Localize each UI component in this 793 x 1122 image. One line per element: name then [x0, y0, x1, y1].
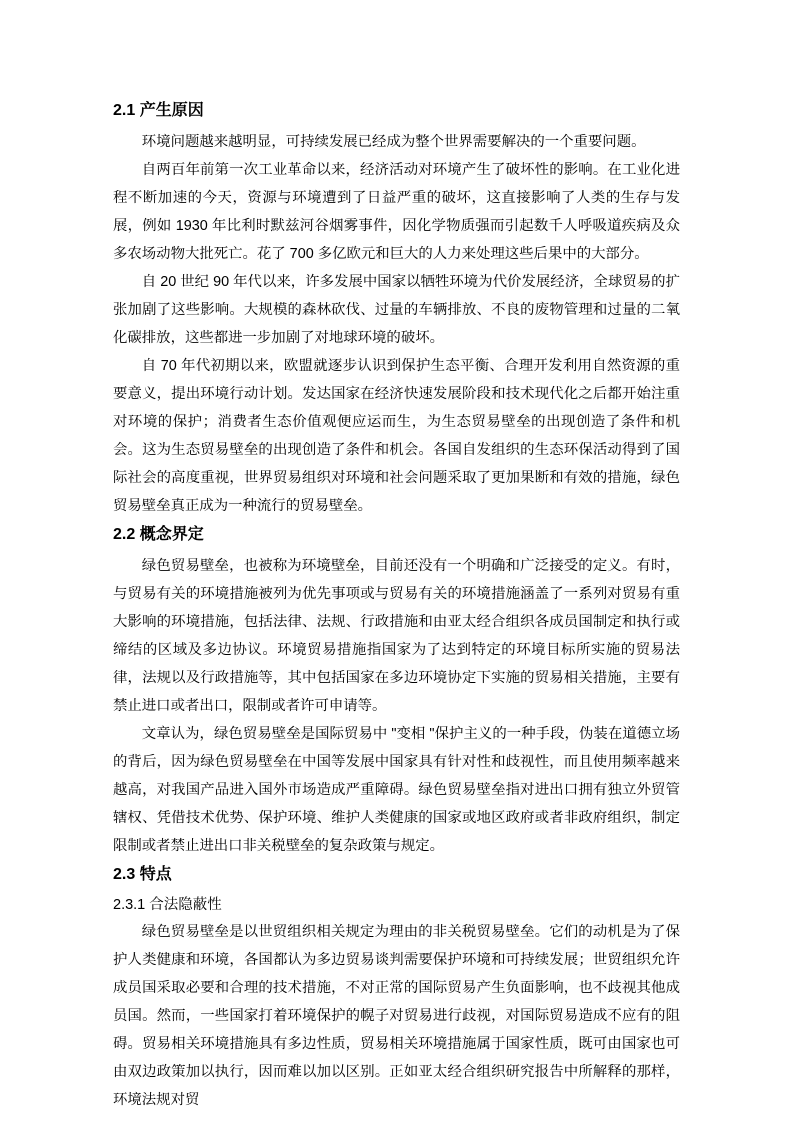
document-page: 2.1 产生原因 环境问题越来越明显，可持续发展已经成为整个世界需要解决的一个重… — [0, 0, 793, 1122]
section-characteristics: 2.3 特点 2.3.1 合法隐蔽性 绿色贸易壁垒是以世贸组织相关规定为理由的非… — [113, 862, 680, 1114]
section-concept-definition: 2.2 概念界定 绿色贸易壁垒，也被称为环境壁垒，目前还没有一个明确和广泛接受的… — [113, 522, 680, 860]
section-heading-2-3: 2.3 特点 — [113, 862, 680, 887]
paragraph: 自 70 年代初期以来，欧盟就逐步认识到保护生态平衡、合理开发利用自然资源的重要… — [113, 352, 680, 520]
paragraph: 自两百年前第一次工业革命以来，经济活动对环境产生了破坏性的影响。在工业化进程不断… — [113, 156, 680, 268]
paragraph: 绿色贸易壁垒是以世贸组织相关规定为理由的非关税贸易壁垒。它们的动机是为了保护人类… — [113, 918, 680, 1114]
sub-heading-2-3-1: 2.3.1 合法隐蔽性 — [113, 892, 680, 918]
paragraph: 环境问题越来越明显，可持续发展已经成为整个世界需要解决的一个重要问题。 — [113, 128, 680, 156]
paragraph: 文章认为，绿色贸易壁垒是国际贸易中 "变相 "保护主义的一种手段，伪装在道德立场… — [113, 720, 680, 860]
paragraph: 自 20 世纪 90 年代以来，许多发展中国家以牺牲环境为代价发展经济，全球贸易… — [113, 268, 680, 352]
paragraph: 绿色贸易壁垒，也被称为环境壁垒，目前还没有一个明确和广泛接受的定义。有时，与贸易… — [113, 552, 680, 720]
section-causes: 2.1 产生原因 环境问题越来越明显，可持续发展已经成为整个世界需要解决的一个重… — [113, 98, 680, 520]
section-heading-2-1: 2.1 产生原因 — [113, 98, 680, 123]
section-heading-2-2: 2.2 概念界定 — [113, 522, 680, 547]
